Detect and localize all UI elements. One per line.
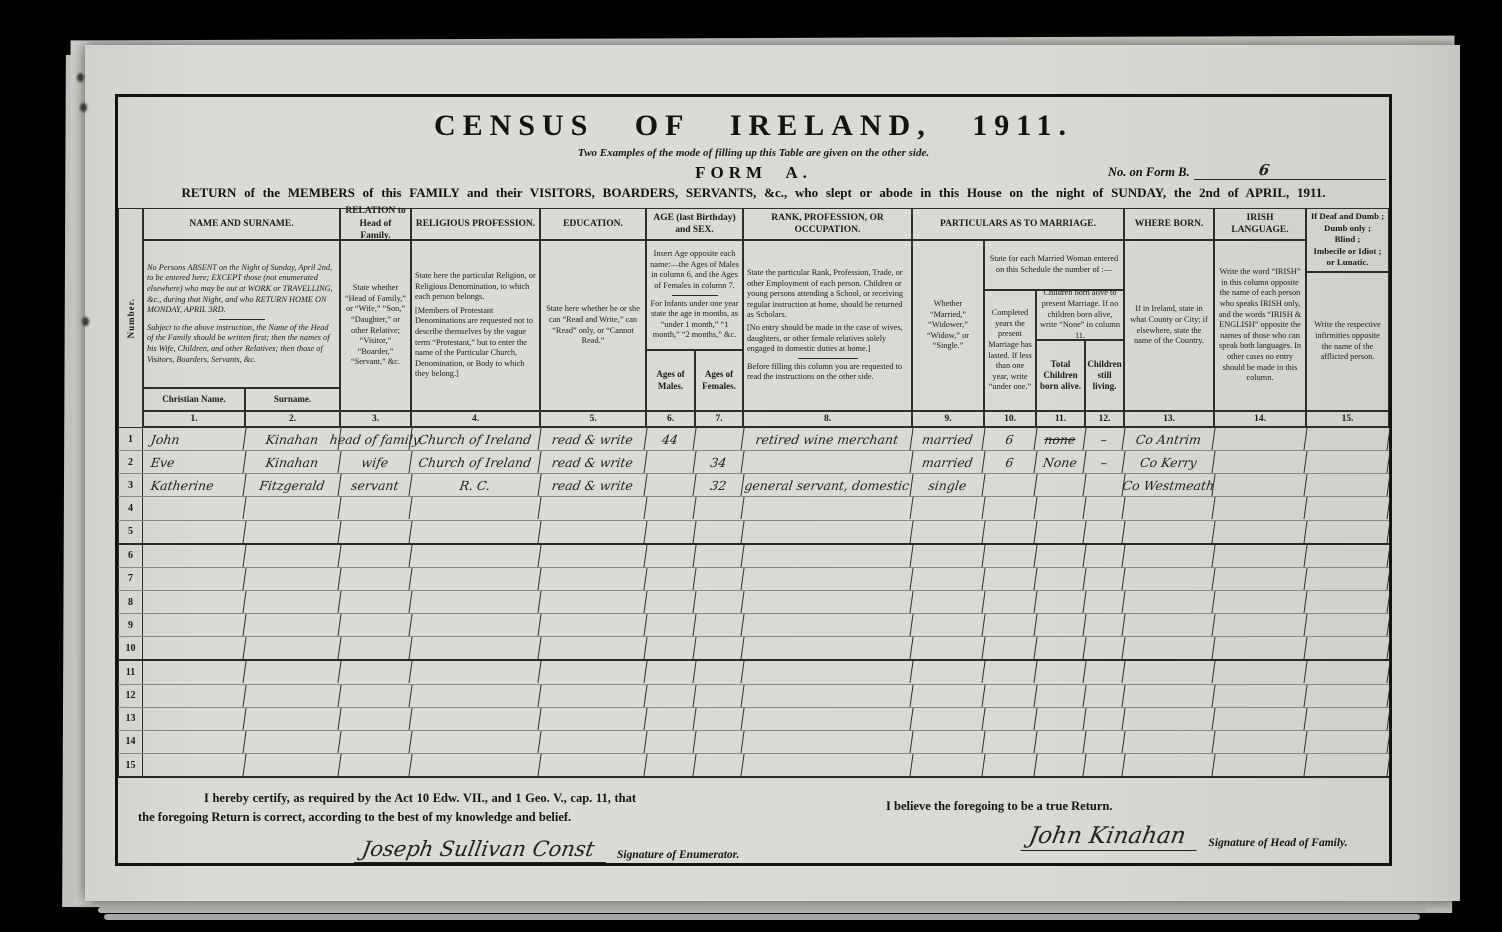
table-row: 15 (118, 754, 1389, 778)
cell-marital (910, 685, 985, 707)
name-desc-2: Subject to the above instruction, the Na… (147, 323, 336, 365)
cell-num: 9 (118, 614, 143, 636)
number-label: Number. (126, 298, 136, 338)
rank-desc-1: State the particular Rank, Profession, T… (747, 268, 908, 321)
table-row: 9 (118, 614, 1389, 637)
col-age-females-sub: Ages of Females. (695, 350, 743, 411)
col-age-desc: Insert Age opposite each name:—the Ages … (646, 240, 743, 350)
cell-relation (338, 661, 412, 683)
cell-infirmity (1304, 685, 1390, 707)
cell-age_m (644, 731, 696, 753)
cell-years (982, 545, 1037, 567)
cell-children_total (1034, 568, 1086, 590)
col-education-desc: State here whether he or she can “Read a… (540, 240, 646, 411)
cell-occupation (741, 497, 913, 519)
cell-occupation (741, 685, 913, 707)
col-marriage-title: PARTICULARS AS TO MARRIAGE. (912, 208, 1124, 240)
head-signature-row: John Kinahan Signature of Head of Family… (1023, 823, 1348, 851)
cell-religion (409, 637, 541, 659)
cell-education (538, 637, 647, 659)
cell-surname (243, 661, 341, 683)
cell-years: 6 (982, 428, 1037, 450)
table-row: 8 (118, 591, 1389, 614)
cell-children_living (1083, 754, 1125, 776)
age-desc-1: Insert Age opposite each name:—the Ages … (650, 249, 739, 291)
col-irish-title: IRISH LANGUAGE. (1214, 208, 1306, 240)
cell-infirmity (1304, 661, 1390, 683)
cell-years (982, 614, 1037, 636)
cell-marital (910, 661, 985, 683)
col-surname-sub: Surname. (245, 388, 340, 411)
cell-occupation (741, 661, 913, 683)
cell-religion (409, 568, 541, 590)
enumerator-signature: Joseph Sullivan Const (354, 837, 611, 863)
cell-marital: single (910, 474, 985, 496)
cell-surname (243, 685, 341, 707)
cell-education (538, 614, 647, 636)
cell-education (538, 754, 647, 776)
cell-surname (243, 521, 341, 543)
cell-children_total (1034, 521, 1086, 543)
cell-children_living (1083, 474, 1125, 496)
cell-relation (338, 685, 412, 707)
cell-num: 5 (118, 521, 143, 543)
col-relation-desc: State whether “Head of Family,” or “Wife… (340, 240, 411, 411)
cell-surname (243, 731, 341, 753)
form-b-label: No. on Form B. (1108, 165, 1190, 180)
cell-surname: Fitzgerald (243, 474, 341, 496)
col-infirmity-desc: Write the respective infirmities opposit… (1306, 272, 1389, 411)
cell-relation (338, 708, 412, 730)
paper-stack-edge (104, 914, 1420, 920)
cell-surname (243, 545, 341, 567)
cell-marital (910, 591, 985, 613)
cell-children_living (1083, 591, 1125, 613)
cell-children_living (1083, 545, 1125, 567)
cell-christian: John (141, 428, 246, 450)
rank-desc-3: Before filling this column you are reque… (747, 362, 908, 383)
col-education-title: EDUCATION. (540, 208, 646, 240)
cell-occupation (741, 754, 913, 776)
col-1-number: 1. (143, 411, 245, 428)
cell-age_m: 44 (644, 428, 696, 450)
col-infirmity-title: If Deaf and Dumb ; Dumb only ; Blind ; I… (1306, 208, 1389, 272)
cell-irish (1212, 545, 1307, 567)
cell-age_f: 32 (693, 474, 744, 496)
col-10-number: 10. (984, 411, 1036, 428)
cell-children_living (1083, 497, 1125, 519)
cell-christian (141, 754, 246, 776)
cell-christian (141, 637, 246, 659)
table-row: 11 (118, 661, 1389, 684)
cell-children_total (1034, 661, 1086, 683)
col-name-title: NAME AND SURNAME. (143, 208, 340, 240)
cell-irish (1212, 497, 1307, 519)
cell-marital (910, 754, 985, 776)
col-irish-desc: Write the word “IRISH” in this column op… (1214, 240, 1306, 411)
cell-occupation (741, 451, 913, 473)
cell-relation (338, 614, 412, 636)
cell-religion (409, 521, 541, 543)
cell-religion (409, 614, 541, 636)
table-row: 4 (118, 497, 1389, 520)
cell-children_total (1034, 591, 1086, 613)
cell-children_total (1034, 754, 1086, 776)
cell-irish (1212, 637, 1307, 659)
cell-relation: wife (338, 451, 412, 473)
cell-age_m (644, 685, 696, 707)
cell-irish (1212, 451, 1307, 473)
cell-children_total (1034, 731, 1086, 753)
cell-years (982, 474, 1037, 496)
cell-age_f (693, 497, 744, 519)
col-12-number: 12. (1085, 411, 1124, 428)
cell-age_m (644, 474, 696, 496)
cell-children_living: – (1083, 428, 1125, 450)
cell-children_living (1083, 521, 1125, 543)
cell-children_living (1083, 685, 1125, 707)
cell-born (1122, 661, 1215, 683)
cell-infirmity (1304, 708, 1390, 730)
cell-num: 1 (118, 428, 143, 450)
table-row: 13 (118, 708, 1389, 731)
cell-years (982, 591, 1037, 613)
cell-age_f (693, 568, 744, 590)
cell-age_f (693, 637, 744, 659)
cell-christian (141, 708, 246, 730)
table-row: 3KatherineFitzgeraldservantR. C.read & w… (118, 474, 1389, 497)
cell-religion (409, 708, 541, 730)
cell-relation (338, 521, 412, 543)
cell-infirmity (1304, 428, 1390, 450)
col-children-living-sub: Children still living. (1085, 340, 1124, 411)
cell-religion: Church of Ireland (409, 451, 541, 473)
cell-marital (910, 731, 985, 753)
name-desc-1: No Persons ABSENT on the Night of Sunday… (147, 263, 336, 316)
cell-religion: R. C. (409, 474, 541, 496)
cell-age_m (644, 568, 696, 590)
cell-occupation (741, 568, 913, 590)
cell-age_f (693, 685, 744, 707)
cell-years (982, 708, 1037, 730)
cell-occupation (741, 731, 913, 753)
head-statement: I believe the foregoing to be a true Ret… (886, 797, 1346, 816)
cell-num: 2 (118, 451, 143, 473)
cell-christian: Katherine (141, 474, 246, 496)
col-13-number: 13. (1124, 411, 1214, 428)
cell-age_m (644, 754, 696, 776)
cell-irish (1212, 591, 1307, 613)
cell-children_total (1034, 637, 1086, 659)
cell-education (538, 685, 647, 707)
cell-age_f (693, 614, 744, 636)
col-age-title: AGE (last Birthday) and SEX. (646, 208, 743, 240)
cell-children_total (1034, 545, 1086, 567)
enumerator-statement: I hereby certify, as required by the Act… (138, 789, 636, 828)
cell-children_total (1034, 614, 1086, 636)
cell-marital (910, 637, 985, 659)
cell-years (982, 661, 1037, 683)
cell-born (1122, 754, 1215, 776)
cell-num: 8 (118, 591, 143, 613)
punch-hole (82, 317, 89, 326)
cell-born: Co Westmeath (1122, 474, 1215, 496)
cell-born (1122, 545, 1215, 567)
cell-children_total (1034, 685, 1086, 707)
cell-relation (338, 591, 412, 613)
cell-occupation: general servant, domestic (741, 474, 913, 496)
col-marriage-group-desc: State for each Married Woman entered on … (984, 240, 1124, 290)
cell-surname (243, 591, 341, 613)
cell-num: 14 (118, 731, 143, 753)
cell-age_m (644, 661, 696, 683)
cell-irish (1212, 661, 1307, 683)
col-14-number: 14. (1214, 411, 1306, 428)
cell-years (982, 731, 1037, 753)
form-subtitle: Two Examples of the mode of filling up t… (118, 147, 1389, 159)
page-title: CENSUS OF IRELAND, 1911. (118, 109, 1389, 143)
cell-infirmity (1304, 591, 1390, 613)
cell-infirmity (1304, 521, 1390, 543)
col-2-number: 2. (245, 411, 340, 428)
cell-age_f (693, 731, 744, 753)
cell-children_total: None (1034, 451, 1086, 473)
cell-irish (1212, 708, 1307, 730)
cell-religion (409, 497, 541, 519)
cell-age_m (644, 708, 696, 730)
cell-num: 4 (118, 497, 143, 519)
cell-surname (243, 614, 341, 636)
cell-religion: Church of Ireland (409, 428, 541, 450)
cell-num: 10 (118, 637, 143, 659)
cell-infirmity (1304, 568, 1390, 590)
cell-marital (910, 545, 985, 567)
cell-age_m (644, 614, 696, 636)
cell-occupation (741, 545, 913, 567)
cell-christian (141, 497, 246, 519)
punch-hole (77, 73, 84, 82)
cell-infirmity (1304, 451, 1390, 473)
cell-christian (141, 568, 246, 590)
col-6-number: 6. (646, 411, 695, 428)
col-born-title: WHERE BORN. (1124, 208, 1214, 240)
cell-age_f (693, 661, 744, 683)
punch-hole (80, 103, 87, 112)
cell-age_m (644, 591, 696, 613)
cell-age_f (693, 521, 744, 543)
cell-christian: Eve (141, 451, 246, 473)
cell-education (538, 731, 647, 753)
cell-born (1122, 568, 1215, 590)
form-b-value: 6 (1258, 161, 1271, 179)
cell-born (1122, 708, 1215, 730)
cell-children_total (1034, 708, 1086, 730)
col-5-number: 5. (540, 411, 646, 428)
age-desc-2: For Infants under one year state the age… (650, 299, 739, 341)
cell-surname (243, 637, 341, 659)
cell-occupation (741, 637, 913, 659)
cell-occupation (741, 521, 913, 543)
col-rank-desc: State the particular Rank, Profession, T… (743, 240, 912, 411)
cell-children_living (1083, 708, 1125, 730)
divider (672, 295, 718, 296)
cell-christian (141, 521, 246, 543)
col-marriage-whether-desc: Whether “Married,” “Widower,” “Widow,” o… (912, 240, 984, 411)
cell-age_f (693, 754, 744, 776)
cell-relation: servant (338, 474, 412, 496)
cell-born (1122, 685, 1215, 707)
head-signature-label: Signature of Head of Family. (1208, 837, 1347, 851)
cell-occupation (741, 708, 913, 730)
cell-num: 7 (118, 568, 143, 590)
table-row: 2EveKinahanwifeChurch of Irelandread & w… (118, 451, 1389, 474)
cell-children_living (1083, 731, 1125, 753)
cell-years (982, 521, 1037, 543)
cell-relation (338, 568, 412, 590)
table-body: 1JohnKinahanhead of familyChurch of Irel… (118, 428, 1389, 778)
cell-infirmity (1304, 614, 1390, 636)
cell-infirmity (1304, 474, 1390, 496)
col-children-total-sub: Total Children born alive. (1036, 340, 1085, 411)
cell-irish (1212, 754, 1307, 776)
cell-irish (1212, 731, 1307, 753)
cell-marital (910, 708, 985, 730)
enumerator-signature-row: Joseph Sullivan Const Signature of Enume… (356, 837, 739, 863)
cell-education: read & write (538, 428, 647, 450)
cell-religion (409, 545, 541, 567)
cell-surname (243, 497, 341, 519)
cell-occupation: retired wine merchant (741, 428, 913, 450)
cell-years (982, 497, 1037, 519)
cell-religion (409, 591, 541, 613)
cell-children_living (1083, 637, 1125, 659)
divider (798, 358, 858, 359)
cell-education (538, 521, 647, 543)
cell-age_f: 34 (693, 451, 744, 473)
cell-infirmity (1304, 731, 1390, 753)
cell-marital: married (910, 428, 985, 450)
col-christian-sub: Christian Name. (143, 388, 245, 411)
table-row: 10 (118, 637, 1389, 661)
cell-age_f (693, 708, 744, 730)
col-9-number: 9. (912, 411, 984, 428)
cell-children_total (1034, 497, 1086, 519)
col-number-header: Number. (118, 208, 143, 428)
cell-irish (1212, 685, 1307, 707)
cell-relation: head of family (338, 428, 412, 450)
cell-children_living: – (1083, 451, 1125, 473)
cell-marital (910, 521, 985, 543)
col-3-number: 3. (340, 411, 411, 428)
cell-infirmity (1304, 637, 1390, 659)
cell-religion (409, 754, 541, 776)
paper-stack-edge (98, 907, 1426, 913)
cell-age_m (644, 451, 696, 473)
cell-marital (910, 614, 985, 636)
cell-infirmity (1304, 545, 1390, 567)
col-rank-title: RANK, PROFESSION, OR OCCUPATION. (743, 208, 912, 240)
cell-education (538, 661, 647, 683)
cell-children_living (1083, 661, 1125, 683)
cell-religion (409, 661, 541, 683)
cell-infirmity (1304, 754, 1390, 776)
cell-surname: Kinahan (243, 451, 341, 473)
cell-education: read & write (538, 474, 647, 496)
col-religion-title: RELIGIOUS PROFESSION. (411, 208, 540, 240)
cell-irish (1212, 428, 1307, 450)
form-b-field: No. on Form B. 6 (1108, 163, 1386, 180)
cell-relation (338, 637, 412, 659)
cell-age_f (693, 545, 744, 567)
enumerator-signature-label: Signature of Enumerator. (617, 849, 739, 863)
cell-num: 12 (118, 685, 143, 707)
col-born-desc: If in Ireland, state in what County or C… (1124, 240, 1214, 411)
cell-surname (243, 754, 341, 776)
cell-years (982, 754, 1037, 776)
cell-age_f (693, 591, 744, 613)
cell-education: read & write (538, 451, 647, 473)
cell-num: 11 (118, 661, 143, 683)
col-15-number: 15. (1306, 411, 1389, 428)
cell-num: 6 (118, 545, 143, 567)
census-table: Number. NAME AND SURNAME. No Persons ABS… (118, 208, 1389, 778)
cell-relation (338, 731, 412, 753)
cell-years (982, 637, 1037, 659)
cell-years (982, 568, 1037, 590)
cell-christian (141, 731, 246, 753)
col-religion-desc: State here the particular Religion, or R… (411, 240, 540, 411)
cell-num: 15 (118, 754, 143, 776)
cell-surname: Kinahan (243, 428, 341, 450)
cell-marital (910, 497, 985, 519)
cell-born: Co Antrim (1122, 428, 1215, 450)
cell-born (1122, 591, 1215, 613)
cell-marital (910, 568, 985, 590)
cell-surname (243, 568, 341, 590)
cell-education (538, 568, 647, 590)
religion-desc-2: [Members of Protestant Denominations are… (415, 306, 536, 380)
head-signature: John Kinahan (1021, 823, 1202, 851)
col-7-number: 7. (695, 411, 743, 428)
cell-born (1122, 614, 1215, 636)
cell-years (982, 685, 1037, 707)
col-name-desc: No Persons ABSENT on the Night of Sunday… (143, 240, 340, 388)
col-age-males-sub: Ages of Males. (646, 350, 695, 411)
cell-surname (243, 708, 341, 730)
form-b-underline: 6 (1194, 163, 1386, 180)
cell-age_m (644, 637, 696, 659)
cell-christian (141, 685, 246, 707)
cell-marital: married (910, 451, 985, 473)
cell-children_living (1083, 614, 1125, 636)
col-11-number: 11. (1036, 411, 1085, 428)
cell-born (1122, 731, 1215, 753)
table-row: 1JohnKinahanhead of familyChurch of Irel… (118, 428, 1389, 451)
cell-education (538, 591, 647, 613)
table-row: 14 (118, 731, 1389, 754)
cell-education (538, 497, 647, 519)
table-row: 12 (118, 685, 1389, 708)
cell-born (1122, 521, 1215, 543)
cell-occupation (741, 591, 913, 613)
cell-education (538, 545, 647, 567)
table-row: 6 (118, 545, 1389, 568)
cell-relation (338, 545, 412, 567)
cell-age_m (644, 521, 696, 543)
table-row: 7 (118, 568, 1389, 591)
cell-irish (1212, 568, 1307, 590)
cell-age_m (644, 545, 696, 567)
